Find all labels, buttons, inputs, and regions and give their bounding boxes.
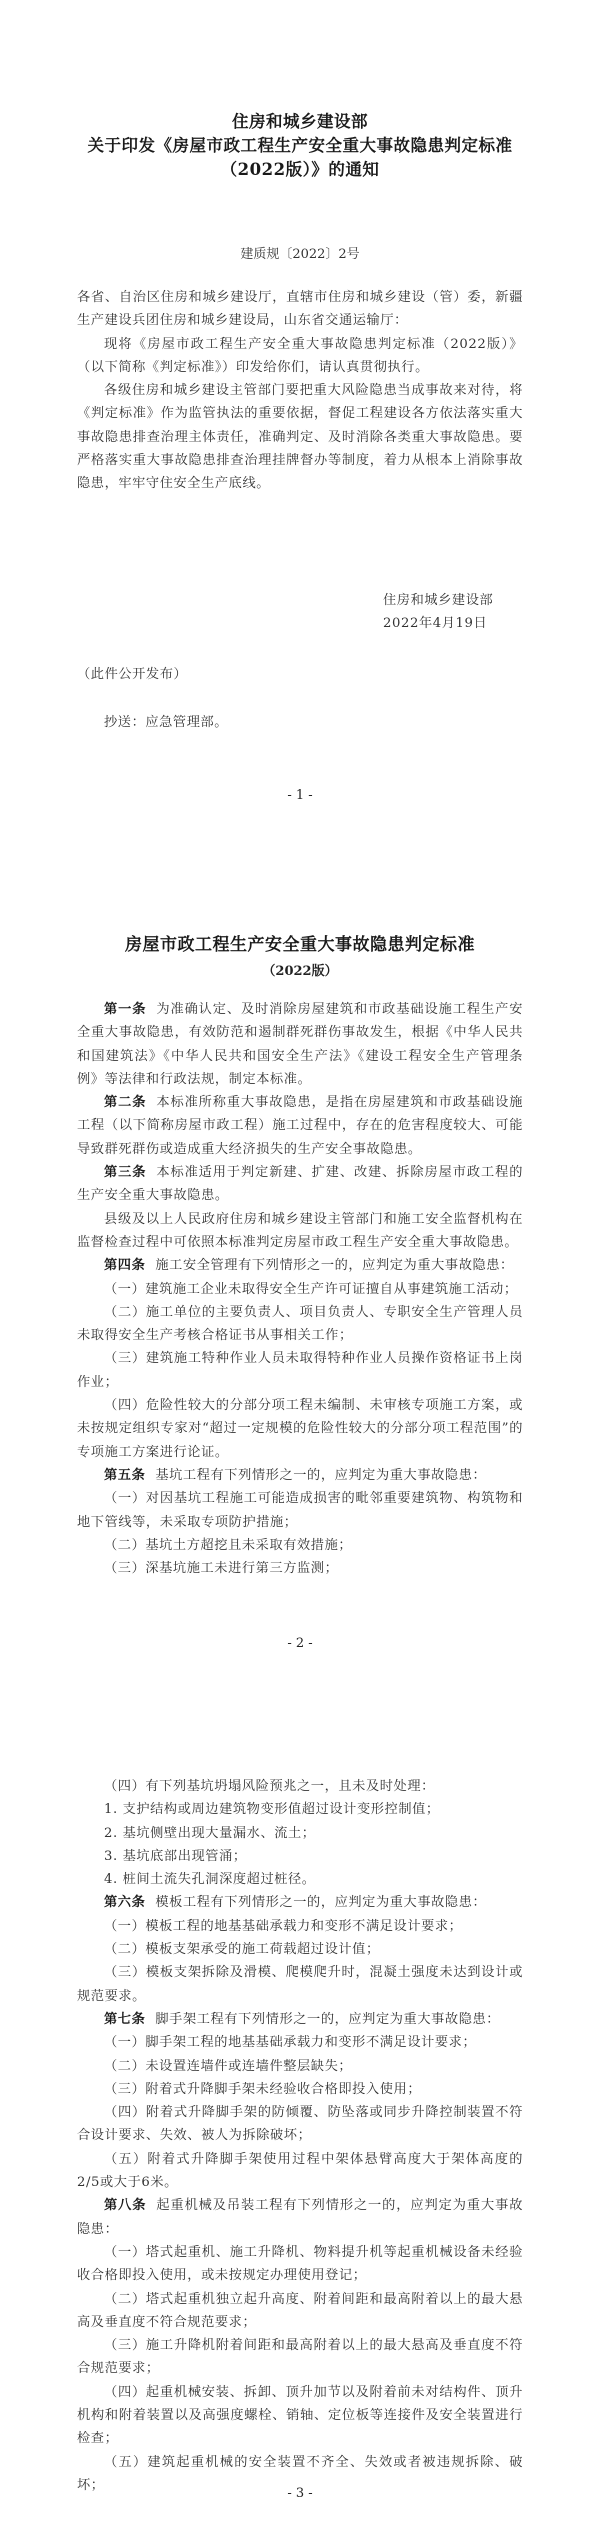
article-7-item-5: （五）附着式升降脚手架使用过程中架体悬臂高度大于架体高度的2/5或大于6米。 [77, 2148, 523, 2195]
article-1: 第一条为准确认定、及时消除房屋建筑和市政基础设施工程生产安全重大事故隐患，有效防… [77, 998, 523, 1091]
article-4-item-3: （三）建筑施工特种作业人员未取得特种作业人员操作资格证书上岗作业； [77, 1347, 523, 1394]
notice-paragraph-2: 各级住房和城乡建设主管部门要把重大风险隐患当成事故来对待，将《判定标准》作为监管… [77, 379, 523, 495]
article-8: 第八条起重机械及吊装工程有下列情形之一的，应判定为重大事故隐患： [77, 2194, 523, 2241]
publication-note: （此件公开发布） [77, 663, 523, 686]
article-5-subitem-2: 2. 基坑侧壁出现大量漏水、流土； [77, 1822, 523, 1845]
article-4-text: 施工安全管理有下列情形之一的，应判定为重大事故隐患： [155, 1258, 513, 1273]
notice-title-line-2: 关于印发《房屋市政工程生产安全重大事故隐患判定标准 [0, 134, 600, 158]
article-5-subitem-3: 3. 基坑底部出现管涌； [77, 1845, 523, 1868]
notice-title-line-3: （2022版）》的通知 [0, 158, 600, 182]
article-7-text: 脚手架工程有下列情形之一的，应判定为重大事故隐患： [155, 2012, 500, 2027]
article-4-item-1: （一）建筑施工企业未取得安全生产许可证擅自从事建筑施工活动； [77, 1278, 523, 1301]
page-number-1: - 1 - [0, 788, 600, 803]
article-5-subitem-1: 1. 支护结构或周边建筑物变形值超过设计变形控制值； [77, 1798, 523, 1821]
standard-title: 房屋市政工程生产安全重大事故隐患判定标准 [0, 930, 600, 955]
article-6-item-2: （二）模板支架承受的施工荷载超过设计值； [77, 1938, 523, 1961]
article-3-paragraph-2: 县级及以上人民政府住房和城乡建设主管部门和施工安全监督机构在监督检查过程中可依照… [77, 1208, 523, 1255]
article-8-item-4: （四）起重机械安装、拆卸、顶升加节以及附着前未对结构件、顶升机构和附着装置以及高… [77, 2381, 523, 2451]
article-8-item-2: （二）塔式起重机独立起升高度、附着间距和最高附着以上的最大悬高及垂直度不符合规范… [77, 2288, 523, 2335]
document-number: 建质规〔2022〕2号 [0, 243, 600, 262]
notice-paragraph-1: 现将《房屋市政工程生产安全重大事故隐患判定标准（2022版）》（以下简称《判定标… [77, 333, 523, 380]
article-4-item-2: （二）施工单位的主要负责人、项目负责人、专职安全生产管理人员未取得安全生产考核合… [77, 1301, 523, 1348]
notice-title: 住房和城乡建设部 关于印发《房屋市政工程生产安全重大事故隐患判定标准 （2022… [0, 110, 600, 182]
article-4-label: 第四条 [104, 1258, 145, 1273]
article-7-item-1: （一）脚手架工程的地基基础承载力和变形不满足设计要求； [77, 2031, 523, 2054]
article-1-label: 第一条 [104, 1002, 146, 1017]
article-5-item-1: （一）对因基坑工程施工可能造成损害的毗邻重要建筑物、构筑物和地下管线等，未采取专… [77, 1487, 523, 1534]
article-5-item-4: （四）有下列基坑坍塌风险预兆之一，且未及时处理： [77, 1775, 523, 1798]
article-5-label: 第五条 [104, 1468, 145, 1483]
article-8-item-1: （一）塔式起重机、施工升降机、物料提升机等起重机械设备未经验收合格即投入使用，或… [77, 2241, 523, 2288]
notice-title-line-1: 住房和城乡建设部 [0, 110, 600, 134]
article-3-label: 第三条 [104, 1165, 146, 1180]
article-7-item-3: （三）附着式升降脚手架未经验收合格即投入使用； [77, 2078, 523, 2101]
article-5-text: 基坑工程有下列情形之一的，应判定为重大事故隐患： [155, 1468, 486, 1483]
article-7-item-4: （四）附着式升降脚手架的防倾覆、防坠落或同步升降控制装置不符合设计要求、失效、被… [77, 2101, 523, 2148]
cc-line: 抄送：应急管理部。 [104, 711, 550, 734]
article-6-label: 第六条 [104, 1895, 145, 1910]
article-4-item-4: （四）危险性较大的分部分项工程未编制、未审核专项施工方案，或未按规定组织专家对“… [77, 1394, 523, 1464]
article-6-item-1: （一）模板工程的地基基础承载力和变形不满足设计要求； [77, 1915, 523, 1938]
article-2: 第二条本标准所称重大事故隐患，是指在房屋建筑和市政基础设施工程（以下简称房屋市政… [77, 1091, 523, 1161]
standard-edition: （2022版） [0, 960, 600, 979]
notice-body: 各省、自治区住房和城乡建设厅，直辖市住房和城乡建设（管）委，新疆生产建设兵团住房… [77, 286, 523, 496]
issuer: 住房和城乡建设部 [383, 589, 493, 612]
article-3: 第三条本标准适用于判定新建、扩建、改建、拆除房屋市政工程的生产安全重大事故隐患。 [77, 1161, 523, 1208]
article-6: 第六条模板工程有下列情形之一的，应判定为重大事故隐患： [77, 1891, 523, 1914]
article-8-label: 第八条 [104, 2198, 146, 2213]
page-number-2: - 2 - [0, 1636, 600, 1651]
addressee: 各省、自治区住房和城乡建设厅，直辖市住房和城乡建设（管）委，新疆生产建设兵团住房… [77, 286, 523, 333]
article-7-label: 第七条 [104, 2012, 145, 2027]
issue-date: 2022年4月19日 [383, 612, 493, 635]
article-5-item-3: （三）深基坑施工未进行第三方监测； [77, 1557, 523, 1580]
article-2-label: 第二条 [104, 1095, 146, 1110]
article-6-text: 模板工程有下列情形之一的，应判定为重大事故隐患： [155, 1895, 486, 1910]
article-4: 第四条施工安全管理有下列情形之一的，应判定为重大事故隐患： [77, 1254, 523, 1277]
article-5: 第五条基坑工程有下列情形之一的，应判定为重大事故隐患： [77, 1464, 523, 1487]
article-6-item-3: （三）模板支架拆除及滑模、爬模爬升时，混凝土强度未达到设计或规范要求。 [77, 1961, 523, 2008]
standard-body-page3: （四）有下列基坑坍塌风险预兆之一，且未及时处理： 1. 支护结构或周边建筑物变形… [77, 1775, 523, 2497]
article-5-item-2: （二）基坑土方超挖且未采取有效措施； [77, 1534, 523, 1557]
article-7: 第七条脚手架工程有下列情形之一的，应判定为重大事故隐患： [77, 2008, 523, 2031]
standard-body-page2: 第一条为准确认定、及时消除房屋建筑和市政基础设施工程生产安全重大事故隐患，有效防… [77, 998, 523, 1580]
page-number-3: - 3 - [0, 2486, 600, 2501]
article-8-item-3: （三）施工升降机附着间距和最高附着以上的最大悬高及垂直度不符合规范要求； [77, 2334, 523, 2381]
article-5-subitem-4: 4. 桩间土流失孔洞深度超过桩径。 [77, 1868, 523, 1891]
signature-block: 住房和城乡建设部 2022年4月19日 [383, 589, 493, 636]
article-7-item-2: （二）未设置连墙件或连墙件整层缺失； [77, 2055, 523, 2078]
